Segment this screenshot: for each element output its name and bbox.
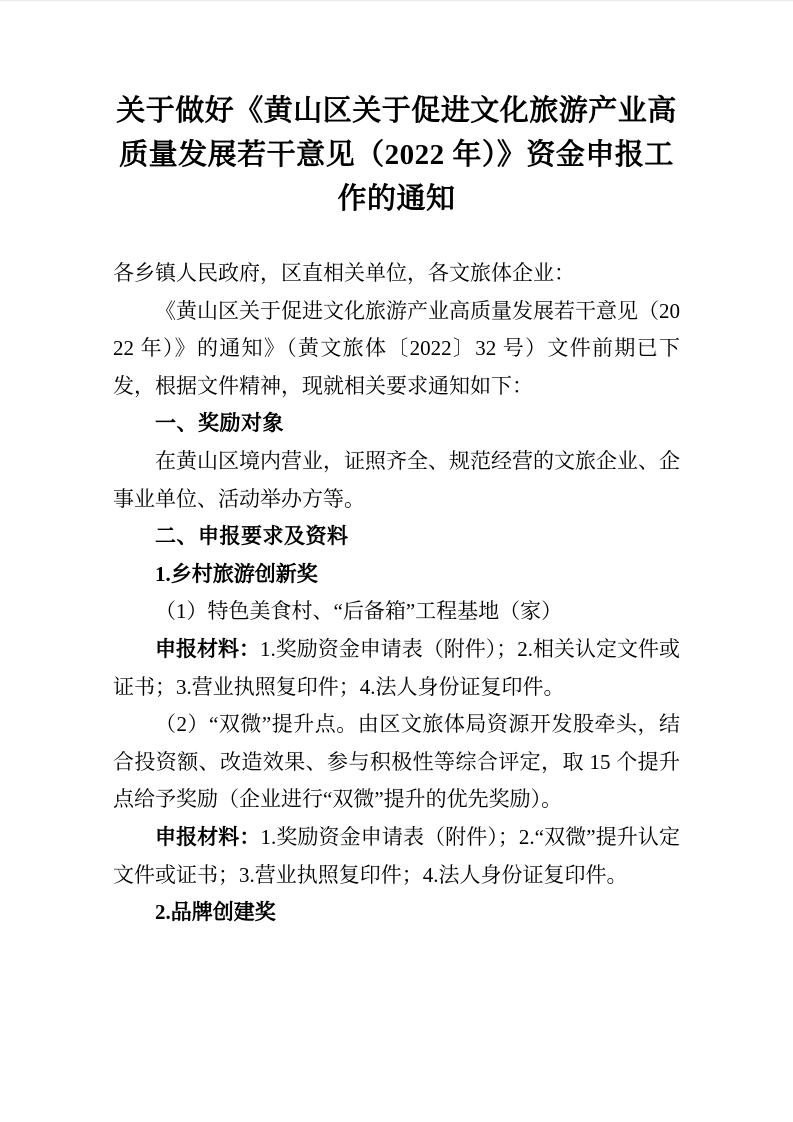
award-2-heading: 2.品牌创建奖 bbox=[113, 894, 680, 932]
award-1-materials-1-label: 申报材料： bbox=[155, 637, 260, 661]
section-1-body: 在黄山区境内营业，证照齐全、规范经营的文旅企业、企事业单位、活动举办方等。 bbox=[113, 443, 680, 518]
section-2-heading: 二、申报要求及资料 bbox=[113, 518, 680, 556]
award-1-item-2: （2）“双微”提升点。由区文旅体局资源开发股牵头，结合投资额、改造效果、参与积极… bbox=[113, 706, 680, 819]
section-1-heading: 一、奖励对象 bbox=[113, 405, 680, 443]
document-page: 关于做好《黄山区关于促进文化旅游产业高质量发展若干意见（2022 年）》资金申报… bbox=[0, 0, 793, 1122]
award-1-materials-2-label: 申报材料： bbox=[155, 825, 261, 849]
award-1-materials-2: 申报材料：1.奖励资金申请表（附件）；2.“双微”提升认定文件或证书；3.营业执… bbox=[113, 819, 680, 894]
award-1-materials-1: 申报材料：1.奖励资金申请表（附件）；2.相关认定文件或证书；3.营业执照复印件… bbox=[113, 631, 680, 706]
salutation-line: 各乡镇人民政府，区直相关单位，各文旅体企业： bbox=[113, 255, 680, 293]
award-1-item-1: （1）特色美食村、“后备箱”工程基地（家） bbox=[113, 593, 680, 631]
document-title: 关于做好《黄山区关于促进文化旅游产业高质量发展若干意见（2022 年）》资金申报… bbox=[113, 89, 680, 221]
intro-paragraph: 《黄山区关于促进文化旅游产业高质量发展若干意见（2022 年）》的通知》（黄文旅… bbox=[113, 293, 680, 406]
award-1-heading: 1.乡村旅游创新奖 bbox=[113, 556, 680, 594]
